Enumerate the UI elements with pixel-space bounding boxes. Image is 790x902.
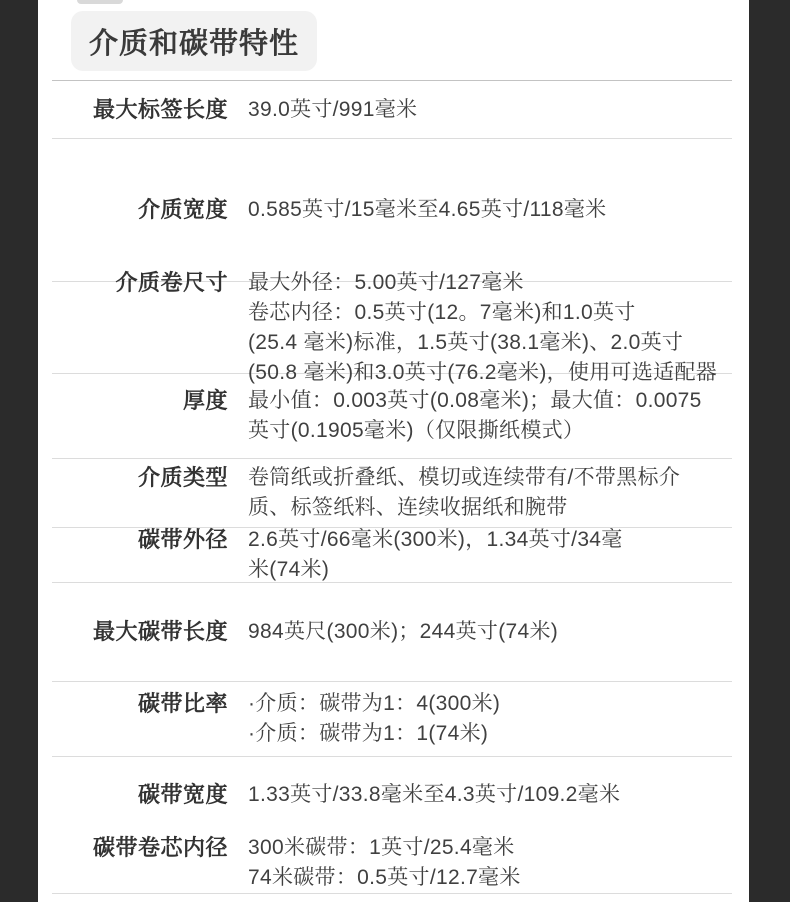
spec-value: 2.6英寸/66毫米(300米)，1.34英寸/34毫 米(74米) [248, 525, 623, 585]
spec-label: 碳带宽度 [52, 780, 228, 810]
spec-value: 最小值：0.003英寸(0.08毫米)；最大值：0.0075 英寸(0.1905… [248, 386, 702, 446]
spec-row-media-type: 介质类型 卷筒纸或折叠纸、模切或连续带有/不带黑标介 质、标签纸料、连续收据纸和… [52, 459, 732, 528]
spec-label: 碳带卷芯内径 [52, 833, 228, 863]
spec-value: 1.33英寸/33.8毫米至4.3英寸/109.2毫米 [248, 780, 620, 810]
spec-table: 介质和碳带特性 最大标签长度 39.0英寸/991毫米 介质宽度 0.585英寸… [52, 0, 732, 894]
spec-label: 介质卷尺寸 [52, 268, 228, 298]
spec-value: 300米碳带：1英寸/25.4毫米 74米碳带：0.5英寸/12.7毫米 [248, 833, 521, 893]
spec-row-media-roll-size: 介质卷尺寸 最大外径：5.00英寸/127毫米 卷芯内径：0.5英寸(12。7毫… [52, 282, 732, 374]
spec-label: 介质类型 [52, 463, 228, 493]
spec-label: 介质宽度 [52, 195, 228, 225]
spec-label: 厚度 [52, 386, 228, 416]
spec-row-media-width: 介质宽度 0.585英寸/15毫米至4.65英寸/118毫米 [52, 139, 732, 282]
spec-value: 卷筒纸或折叠纸、模切或连续带有/不带黑标介 质、标签纸料、连续收据纸和腕带 [248, 463, 680, 523]
page-background: { "page": { "title": "介质和碳带特性", "colors"… [0, 0, 790, 902]
section-title-box: 介质和碳带特性 [71, 11, 317, 71]
spec-label: 最大标签长度 [52, 95, 228, 125]
spec-row-ribbon-core-diameter: 碳带卷芯内径 300米碳带：1英寸/25.4毫米 74米碳带：0.5英寸/12.… [52, 833, 732, 894]
spec-value: 39.0英寸/991毫米 [248, 95, 417, 125]
spec-label: 碳带外径 [52, 525, 228, 555]
spec-row-thickness: 厚度 最小值：0.003英寸(0.08毫米)；最大值：0.0075 英寸(0.1… [52, 374, 732, 459]
spec-row-ribbon-width: 碳带宽度 1.33英寸/33.8毫米至4.3英寸/109.2毫米 [52, 757, 732, 833]
spec-label: 最大碳带长度 [52, 617, 228, 647]
content-panel: 介质和碳带特性 最大标签长度 39.0英寸/991毫米 介质宽度 0.585英寸… [38, 0, 749, 902]
spec-row-ribbon-ratio: 碳带比率 ·介质：碳带为1：4(300米) ·介质：碳带为1：1(74米) [52, 682, 732, 757]
spec-value: 0.585英寸/15毫米至4.65英寸/118毫米 [248, 195, 606, 225]
spec-row-max-ribbon-length: 最大碳带长度 984英尺(300米)；244英寸(74米) [52, 583, 732, 682]
spec-value: ·介质：碳带为1：4(300米) ·介质：碳带为1：1(74米) [248, 689, 500, 749]
spec-label: 碳带比率 [52, 689, 228, 719]
spec-value: 984英尺(300米)；244英寸(74米) [248, 617, 558, 647]
section-title: 介质和碳带特性 [89, 21, 299, 62]
spec-row-max-label-length: 最大标签长度 39.0英寸/991毫米 [52, 81, 732, 139]
spec-value: 最大外径：5.00英寸/127毫米 卷芯内径：0.5英寸(12。7毫米)和1.0… [248, 268, 717, 388]
section-header: 介质和碳带特性 [52, 0, 732, 81]
spec-row-ribbon-outer-diameter: 碳带外径 2.6英寸/66毫米(300米)，1.34英寸/34毫 米(74米) [52, 528, 732, 583]
